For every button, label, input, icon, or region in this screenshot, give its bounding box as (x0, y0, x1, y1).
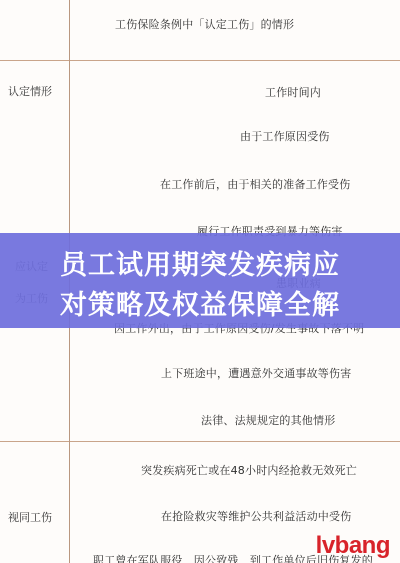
row-item: 突发疾病死亡或在48小时内经抢救无效死亡 (141, 462, 357, 478)
row-item: 法律、法规规定的其他情形 (201, 412, 335, 428)
banner-title-line2: 对策略及权益保障全解 (0, 283, 400, 322)
table-header: 工伤保险条例中「认定工伤」的情形 (115, 16, 294, 32)
row-item: 工作时间内 (265, 84, 321, 100)
row-item: 在工作前后，由于相关的准备工作受伤 (160, 176, 350, 192)
title-banner: 员工试用期突发疾病应 对策略及权益保障全解 (0, 233, 400, 328)
watermark-logo: lvbang (316, 532, 390, 560)
row-item: 上下班途中，遭遇意外交通事故等伤害 (161, 365, 351, 381)
section-divider (0, 441, 400, 442)
banner-title-line1: 员工试用期突发疾病应 (0, 243, 400, 282)
header-divider (0, 60, 400, 61)
section-label-recognized: 认定情形 (8, 83, 52, 99)
section-label-deemed: 视同工伤 (8, 509, 52, 525)
row-item: 在抢险救灾等维护公共利益活动中受伤 (161, 508, 351, 524)
row-item: 由于工作原因受伤 (240, 128, 330, 144)
